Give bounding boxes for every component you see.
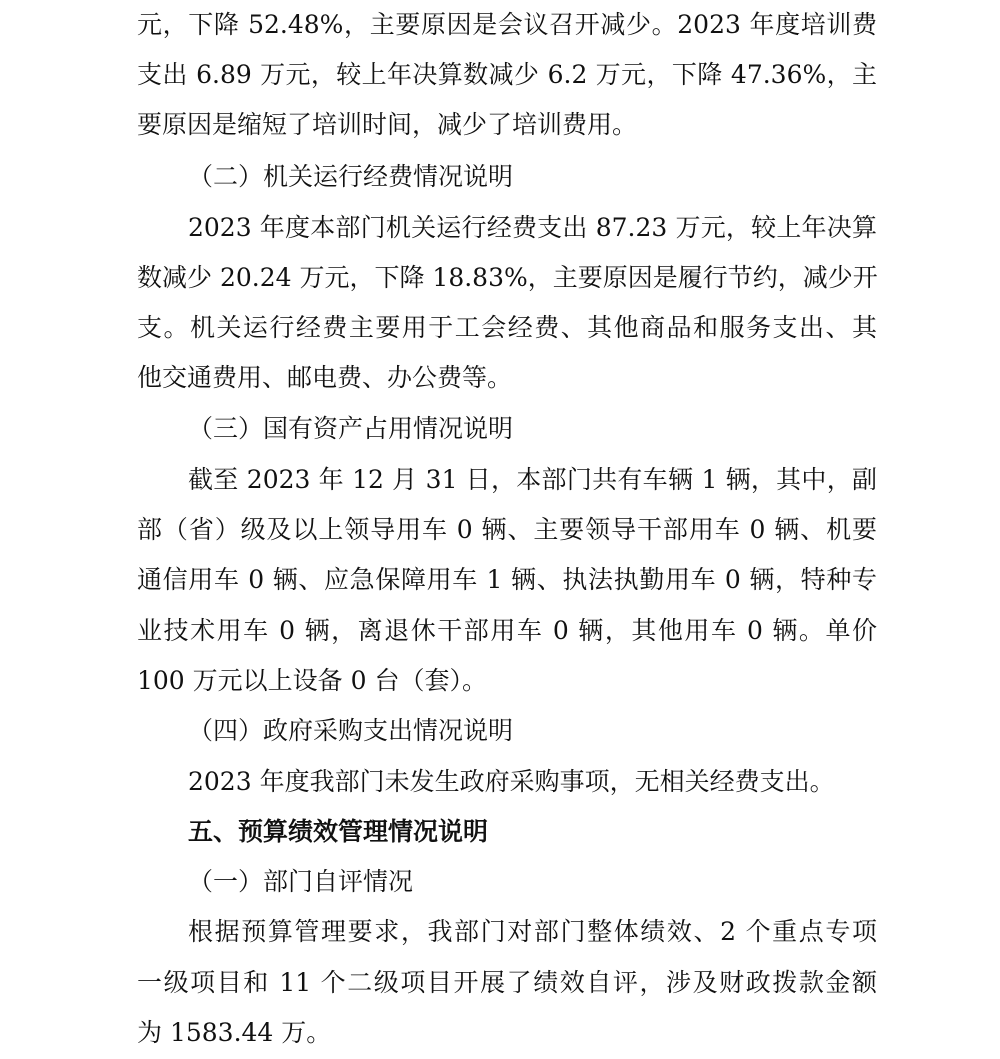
paragraph-line: 一级项目和 11 个二级项目开展了绩效自评，涉及财政拨款金额	[137, 958, 877, 1008]
paragraph-line: 根据预算管理要求，我部门对部门整体绩效、2 个重点专项	[188, 907, 877, 957]
paragraph-line: 为 1583.44 万。	[137, 1008, 877, 1058]
paragraph-line: 业技术用车 0 辆，离退休干部用车 0 辆，其他用车 0 辆。单价	[137, 606, 877, 656]
subheading-self-evaluation: （一）部门自评情况	[188, 857, 877, 907]
paragraph-line: 2023 年度本部门机关运行经费支出 87.23 万元，较上年决算	[188, 203, 877, 253]
paragraph-line: 支出 6.89 万元，较上年决算数减少 6.2 万元，下降 47.36%，主	[137, 50, 877, 100]
paragraph-line: 截至 2023 年 12 月 31 日，本部门共有车辆 1 辆，其中，副	[188, 455, 877, 505]
paragraph-line: 通信用车 0 辆、应急保障用车 1 辆、执法执勤用车 0 辆，特种专	[137, 555, 877, 605]
paragraph-line: 2023 年度我部门未发生政府采购事项，无相关经费支出。	[188, 757, 877, 807]
subheading-operating-expenses: （二）机关运行经费情况说明	[188, 152, 877, 202]
paragraph-line: 要原因是缩短了培训时间，减少了培训费用。	[137, 100, 877, 150]
paragraph-line: 元，下降 52.48%，主要原因是会议召开减少。2023 年度培训费	[137, 0, 877, 50]
subheading-government-procurement: （四）政府采购支出情况说明	[188, 706, 877, 756]
paragraph-line: 部（省）级及以上领导用车 0 辆、主要领导干部用车 0 辆、机要	[137, 505, 877, 555]
paragraph-line: 他交通费用、邮电费、办公费等。	[137, 353, 877, 403]
paragraph-line: 100 万元以上设备 0 台（套）。	[137, 656, 877, 706]
paragraph-line: 支。机关运行经费主要用于工会经费、其他商品和服务支出、其	[137, 303, 877, 353]
paragraph-line: 数减少 20.24 万元，下降 18.83%，主要原因是履行节约，减少开	[137, 253, 877, 303]
subheading-state-assets: （三）国有资产占用情况说明	[188, 404, 877, 454]
section-heading-performance-management: 五、预算绩效管理情况说明	[188, 807, 877, 857]
